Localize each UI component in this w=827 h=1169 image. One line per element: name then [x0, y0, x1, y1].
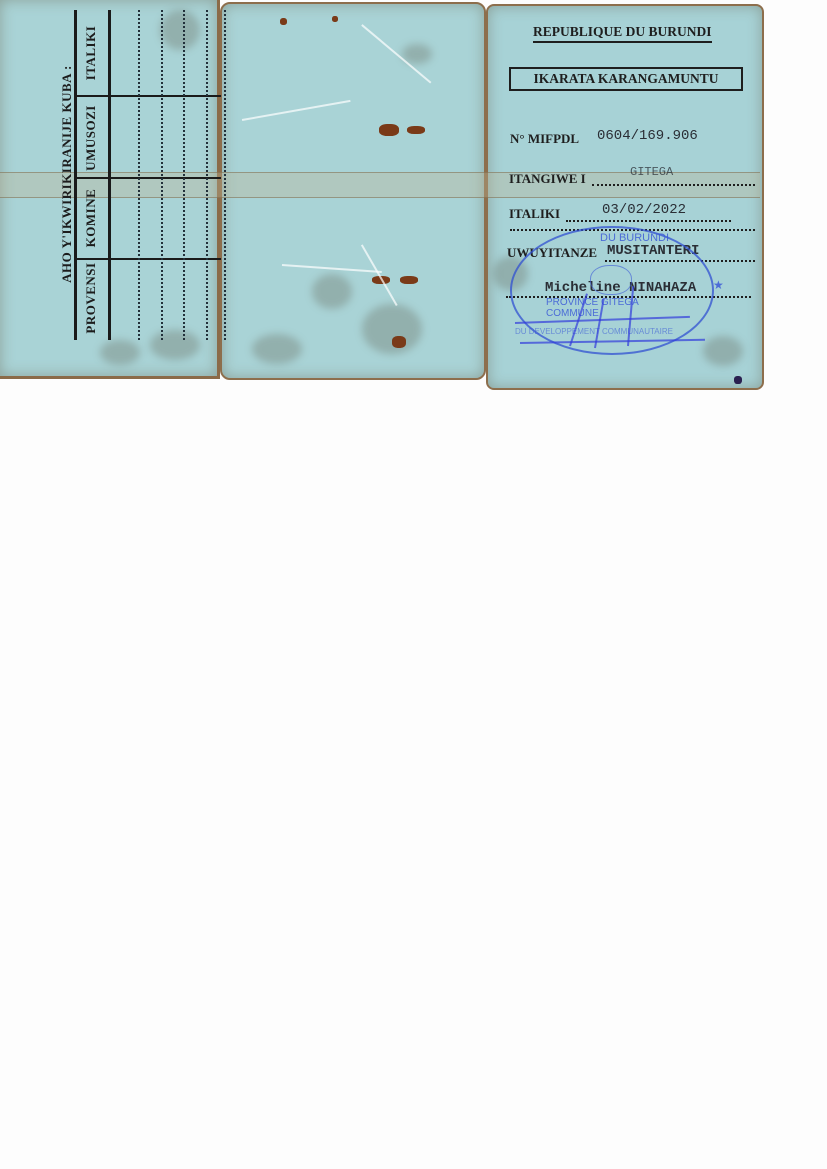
field-label-date: ITALIKI [509, 206, 560, 222]
rust-spot [407, 126, 425, 134]
field-label-number: N° MIFPDL [510, 131, 579, 147]
ink-spot [734, 376, 742, 384]
rust-spot [392, 336, 406, 348]
stamp-bottom-text: DU DEVELOPPEMENT COMMUNAUTAIRE [515, 327, 673, 336]
column-header-umusozi: UMUSOZI [83, 98, 99, 178]
column-header-italiki: ITALIKI [83, 13, 99, 93]
stamp-top-text: DU BURUNDI [600, 232, 669, 244]
column-header-komine: KOMINE [83, 178, 99, 258]
entry-line [206, 10, 208, 340]
dotted-line [592, 184, 755, 186]
field-value-issued-at: GITEGA [630, 165, 673, 179]
coat-of-arms-icon [590, 265, 632, 295]
residence-heading: AHO Y'IKWIRIKIRANIJE KUBA : [59, 49, 77, 299]
rust-spot [379, 124, 399, 136]
stamp-province: PROVINCE GITEGA [546, 297, 639, 308]
field-label-issued-at: ITANGIWE I [509, 171, 586, 187]
card-title: IKARATA KARANGAMUNTU [509, 67, 743, 91]
dotted-line [566, 220, 731, 222]
entry-line [161, 10, 163, 340]
rust-spot [332, 16, 338, 22]
rust-spot [280, 18, 287, 25]
rust-spot [400, 276, 418, 284]
entry-line [224, 10, 226, 340]
entry-line [138, 10, 140, 340]
field-value-number: 0604/169.906 [597, 128, 698, 144]
stamp-commune: COMMUNE [546, 308, 599, 319]
column-header-provensi: PROVENSI [83, 258, 99, 338]
table-row-divider [76, 95, 221, 97]
star-icon: ★ [713, 278, 724, 292]
country-title: REPUBLIQUE DU BURUNDI [533, 24, 712, 43]
entry-line [183, 10, 185, 340]
identity-card: AHO Y'IKWIRIKIRANIJE KUBA : PROVENSI KOM… [0, 0, 765, 388]
field-value-date: 03/02/2022 [602, 202, 686, 218]
table-border [108, 10, 111, 340]
